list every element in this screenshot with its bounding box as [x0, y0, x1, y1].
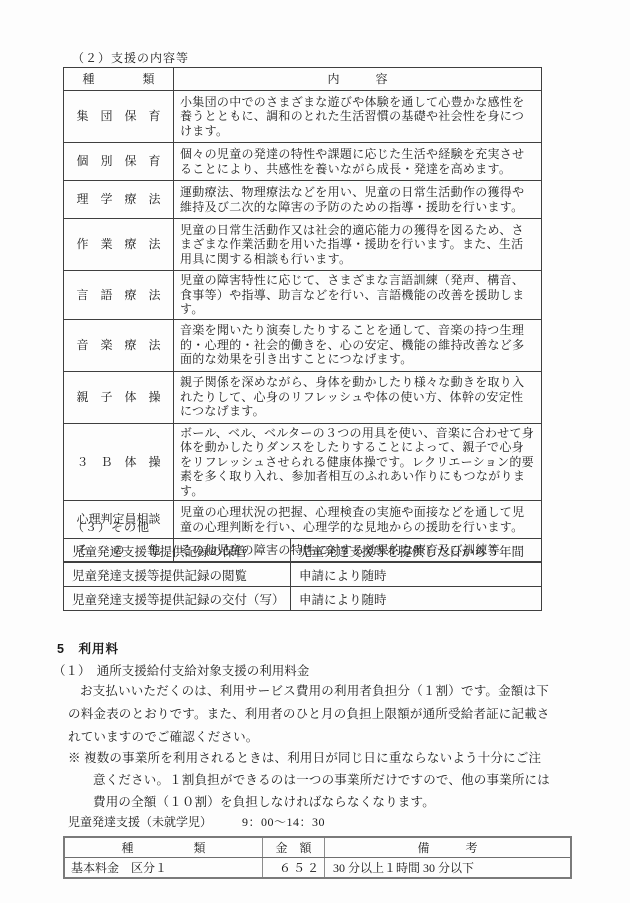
fee-paragraph-line: お支払いいただくのは、利用サービス費用の利用者負担分（１割）です。金額は下: [80, 681, 549, 699]
support-type: 親 子 体 操: [64, 371, 174, 423]
table-row: 音 楽 療 法 音楽を聞いたり演奏したりすることを通して、音楽の持つ生理的・心理…: [64, 319, 542, 371]
table-row: 児童発達支援等提供記録の閲覧 申請により随時: [64, 563, 542, 587]
table-row: 言 語 療 法 児童の障害特性に応じて、さまざまな言語訓練（発声、構音、食事等）…: [64, 271, 542, 320]
table-row: 集 団 保 育 小集団の中でのさまざまな遊びや体験を通して心豊かな感性を養うとと…: [64, 91, 542, 143]
fee-row-note: 30 分以上１時間 30 分以下: [325, 858, 572, 879]
fee-row-amount: ６５２: [263, 858, 325, 879]
section-2-heading: （２）支援の内容等: [72, 49, 189, 66]
support-type: 個 別 保 育: [64, 143, 174, 181]
section-5-heading: 5 利用料: [57, 639, 119, 657]
support-desc: 運動療法、物理療法などを用い、児童の日常生活動作の獲得や維持及び二次的な障害の予…: [174, 181, 542, 219]
section-3-heading: （３）その他: [72, 518, 150, 535]
column-header-content: 内 容: [174, 68, 542, 91]
support-type: 作 業 療 法: [64, 219, 174, 271]
schedule-label: 児童発達支援（未就学児）: [68, 815, 212, 829]
records-table: 児童発達支援等提供記録の保管 児童発達支援等を提供した日から５年間 児童発達支援…: [63, 538, 542, 611]
support-type: ３ Ｂ 体 操: [64, 423, 174, 501]
fee-table-header-row: 種 類 金 額 備 考: [64, 837, 571, 858]
fee-paragraph-line: れていますのでご確認ください。: [68, 727, 259, 745]
table-row: 児童発達支援等提供記録の交付（写） 申請により随時: [64, 587, 542, 611]
table-row: 親 子 体 操 親子関係を深めながら、身体を動かしたり様々な動きを取り入れたりし…: [64, 371, 542, 423]
table-row: 理 学 療 法 運動療法、物理療法などを用い、児童の日常生活動作の獲得や維持及び…: [64, 181, 542, 219]
fee-note-line: 費用の全額（１０割）を負担しなければならなくなります。: [93, 792, 435, 810]
support-desc: 児童の障害特性に応じて、さまざまな言語訓練（発声、構音、食事等）や指導、助言など…: [174, 271, 542, 320]
fee-header-type: 種 類: [64, 837, 263, 858]
support-desc: 親子関係を深めながら、身体を動かしたり様々な動きを取り入れたりして、心身のリフレ…: [174, 371, 542, 423]
record-item: 児童発達支援等提供記録の保管: [64, 539, 291, 563]
fee-header-note: 備 考: [325, 837, 572, 858]
support-desc: 音楽を聞いたり演奏したりすることを通して、音楽の持つ生理的・心理的・社会的働きを…: [174, 319, 542, 371]
support-type: 理 学 療 法: [64, 181, 174, 219]
support-type: 集 団 保 育: [64, 91, 174, 143]
schedule-time: 9：00～14：30: [242, 815, 325, 829]
support-desc: 児童の心理状況の把握、心理検査の実施や面接などを通して児童の心理判断を行い、心理…: [174, 501, 542, 539]
document-page: （２）支援の内容等 種 類 内 容 集 団 保 育 小集団の中でのさまざまな遊び…: [0, 0, 630, 903]
record-item: 児童発達支援等提供記録の閲覧: [64, 563, 291, 587]
column-header-type: 種 類: [64, 68, 174, 91]
support-desc: 小集団の中でのさまざまな遊びや体験を通して心豊かな感性を養うとともに、調和のとれ…: [174, 91, 542, 143]
fee-row-type: 基本料金 区分１: [64, 858, 263, 879]
fee-subsection-heading: （１） 通所支援給付支給対象支援の利用料金: [53, 661, 309, 679]
fee-table: 種 類 金 額 備 考 基本料金 区分１ ６５２ 30 分以上１時間 30 分以…: [63, 836, 572, 879]
schedule-line: 児童発達支援（未就学児）9：00～14：30: [68, 813, 325, 830]
fee-header-amount: 金 額: [263, 837, 325, 858]
record-value: 申請により随時: [291, 563, 542, 587]
fee-note-line: 意ください。１割負担ができるのは一つの事業所だけですので、他の事業所には: [93, 770, 550, 788]
fee-note-line: ※ 複数の事業所を利用されるときは、利用日が同じ日に重ならないよう十分にご注: [68, 748, 541, 766]
fee-paragraph-line: の料金表のとおりです。また、利用者のひと月の負担上限額が通所受給者証に記載さ: [68, 704, 550, 722]
support-desc: 個々の児童の発達の特性や課題に応じた生活や経験を充実させることにより、共感性を養…: [174, 143, 542, 181]
table-row: 基本料金 区分１ ６５２ 30 分以上１時間 30 分以下: [64, 858, 571, 879]
table-row: 個 別 保 育 個々の児童の発達の特性や課題に応じた生活や経験を充実させることに…: [64, 143, 542, 181]
record-value: 申請により随時: [291, 587, 542, 611]
support-table-header-row: 種 類 内 容: [64, 68, 542, 91]
support-type: 音 楽 療 法: [64, 319, 174, 371]
support-content-table: 種 類 内 容 集 団 保 育 小集団の中でのさまざまな遊びや体験を通して心豊か…: [63, 67, 542, 562]
table-row: 作 業 療 法 児童の日常生活動作又は社会的適応能力の獲得を図るため、さまざまな…: [64, 219, 542, 271]
record-value: 児童発達支援等を提供した日から５年間: [291, 539, 542, 563]
support-desc: ボール、ベル、ベルターの３つの用具を使い、音楽に合わせて身体を動かしたりダンスを…: [174, 423, 542, 501]
table-row: ３ Ｂ 体 操 ボール、ベル、ベルターの３つの用具を使い、音楽に合わせて身体を動…: [64, 423, 542, 501]
support-type: 言 語 療 法: [64, 271, 174, 320]
record-item: 児童発達支援等提供記録の交付（写）: [64, 587, 291, 611]
support-desc: 児童の日常生活動作又は社会的適応能力の獲得を図るため、さまざまな作業活動を用いた…: [174, 219, 542, 271]
table-row: 児童発達支援等提供記録の保管 児童発達支援等を提供した日から５年間: [64, 539, 542, 563]
